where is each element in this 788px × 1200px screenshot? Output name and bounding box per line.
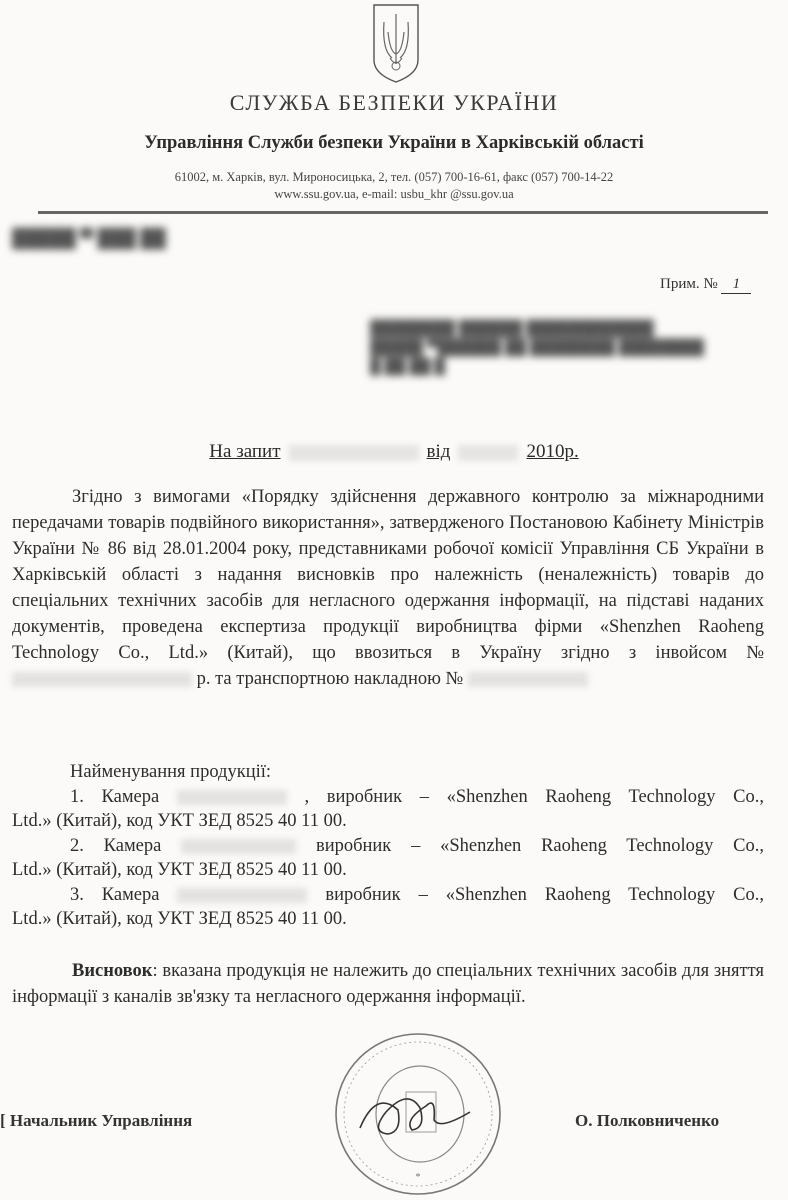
request-year: 2010р.	[526, 441, 578, 462]
recipient-block-redacted: ████████ ██████ ████████████ █████ ▀████…	[370, 320, 750, 377]
request-from: від	[427, 441, 451, 462]
product-number: 1. Камера	[70, 787, 159, 807]
products-list: Найменування продукції: 1. Камера , виро…	[12, 760, 764, 932]
request-date-redacted	[458, 445, 518, 461]
main-paragraph-text-2: р. та транспортною накладною №	[197, 669, 464, 689]
product-number: 3. Камера	[70, 885, 159, 905]
product-number: 2. Камера	[70, 836, 161, 856]
copy-number: Прим. № 1	[660, 276, 751, 294]
header-divider	[38, 211, 768, 214]
invoice-number-redacted	[12, 672, 192, 687]
model-redacted	[177, 790, 287, 805]
request-number-redacted	[289, 445, 419, 461]
trident-emblem-icon	[370, 2, 422, 84]
department-title: Управління Служби безпеки України в Харк…	[0, 133, 788, 154]
address-line: 61002, м. Харків, вул. Мироносицька, 2, …	[0, 170, 788, 185]
copy-number-value: 1	[721, 276, 751, 294]
signatory-position: [ Начальник Управління	[0, 1111, 192, 1131]
signatory-name: О. Полковниченко	[575, 1111, 719, 1131]
products-heading: Найменування продукції:	[12, 760, 764, 785]
waybill-number-redacted	[468, 672, 588, 687]
product-item: 3. Камера виробник – «Shenzhen Raoheng T…	[12, 883, 764, 908]
product-code-line: Ltd.» (Китай), код УКТ ЗЕД 8525 40 11 00…	[12, 809, 764, 834]
product-item: 2. Камера виробник – «Shenzhen Raoheng T…	[12, 834, 764, 859]
contact-line: www.ssu.gov.ua, e-mail: usbu_khr @ssu.go…	[0, 187, 788, 202]
request-reference-line: На запитвід2010р.	[0, 441, 788, 463]
conclusion-label: Висновок	[72, 961, 152, 981]
model-redacted	[181, 839, 296, 854]
main-paragraph: Згідно з вимогами «Порядку здійснення де…	[12, 484, 764, 692]
model-redacted	[177, 888, 307, 903]
svg-text:*: *	[416, 1172, 421, 1183]
product-item: 1. Камера , виробник – «Shenzhen Raoheng…	[12, 785, 764, 810]
product-maker: , виробник – «Shenzhen Raoheng Technolog…	[304, 787, 764, 807]
request-prefix: На запит	[209, 441, 280, 462]
org-title: СЛУЖБА БЕЗПЕКИ УКРАЇНИ	[0, 90, 788, 116]
position-text: Начальник Управління	[10, 1111, 192, 1130]
product-code-line: Ltd.» (Китай), код УКТ ЗЕД 8525 40 11 00…	[12, 907, 764, 932]
conclusion-paragraph: Висновок: вказана продукція не належить …	[12, 958, 764, 1010]
product-maker: виробник – «Shenzhen Raoheng Technology …	[325, 885, 764, 905]
product-maker: виробник – «Shenzhen Raoheng Technology …	[316, 836, 764, 856]
outgoing-reference-redacted: █████ ▀ ███ ██	[12, 228, 302, 249]
copy-number-label: Прим. №	[660, 276, 718, 292]
product-code-line: Ltd.» (Китай), код УКТ ЗЕД 8525 40 11 00…	[12, 858, 764, 883]
main-paragraph-text: Згідно з вимогами «Порядку здійснення де…	[12, 487, 764, 663]
official-seal-icon: *	[330, 1030, 506, 1198]
